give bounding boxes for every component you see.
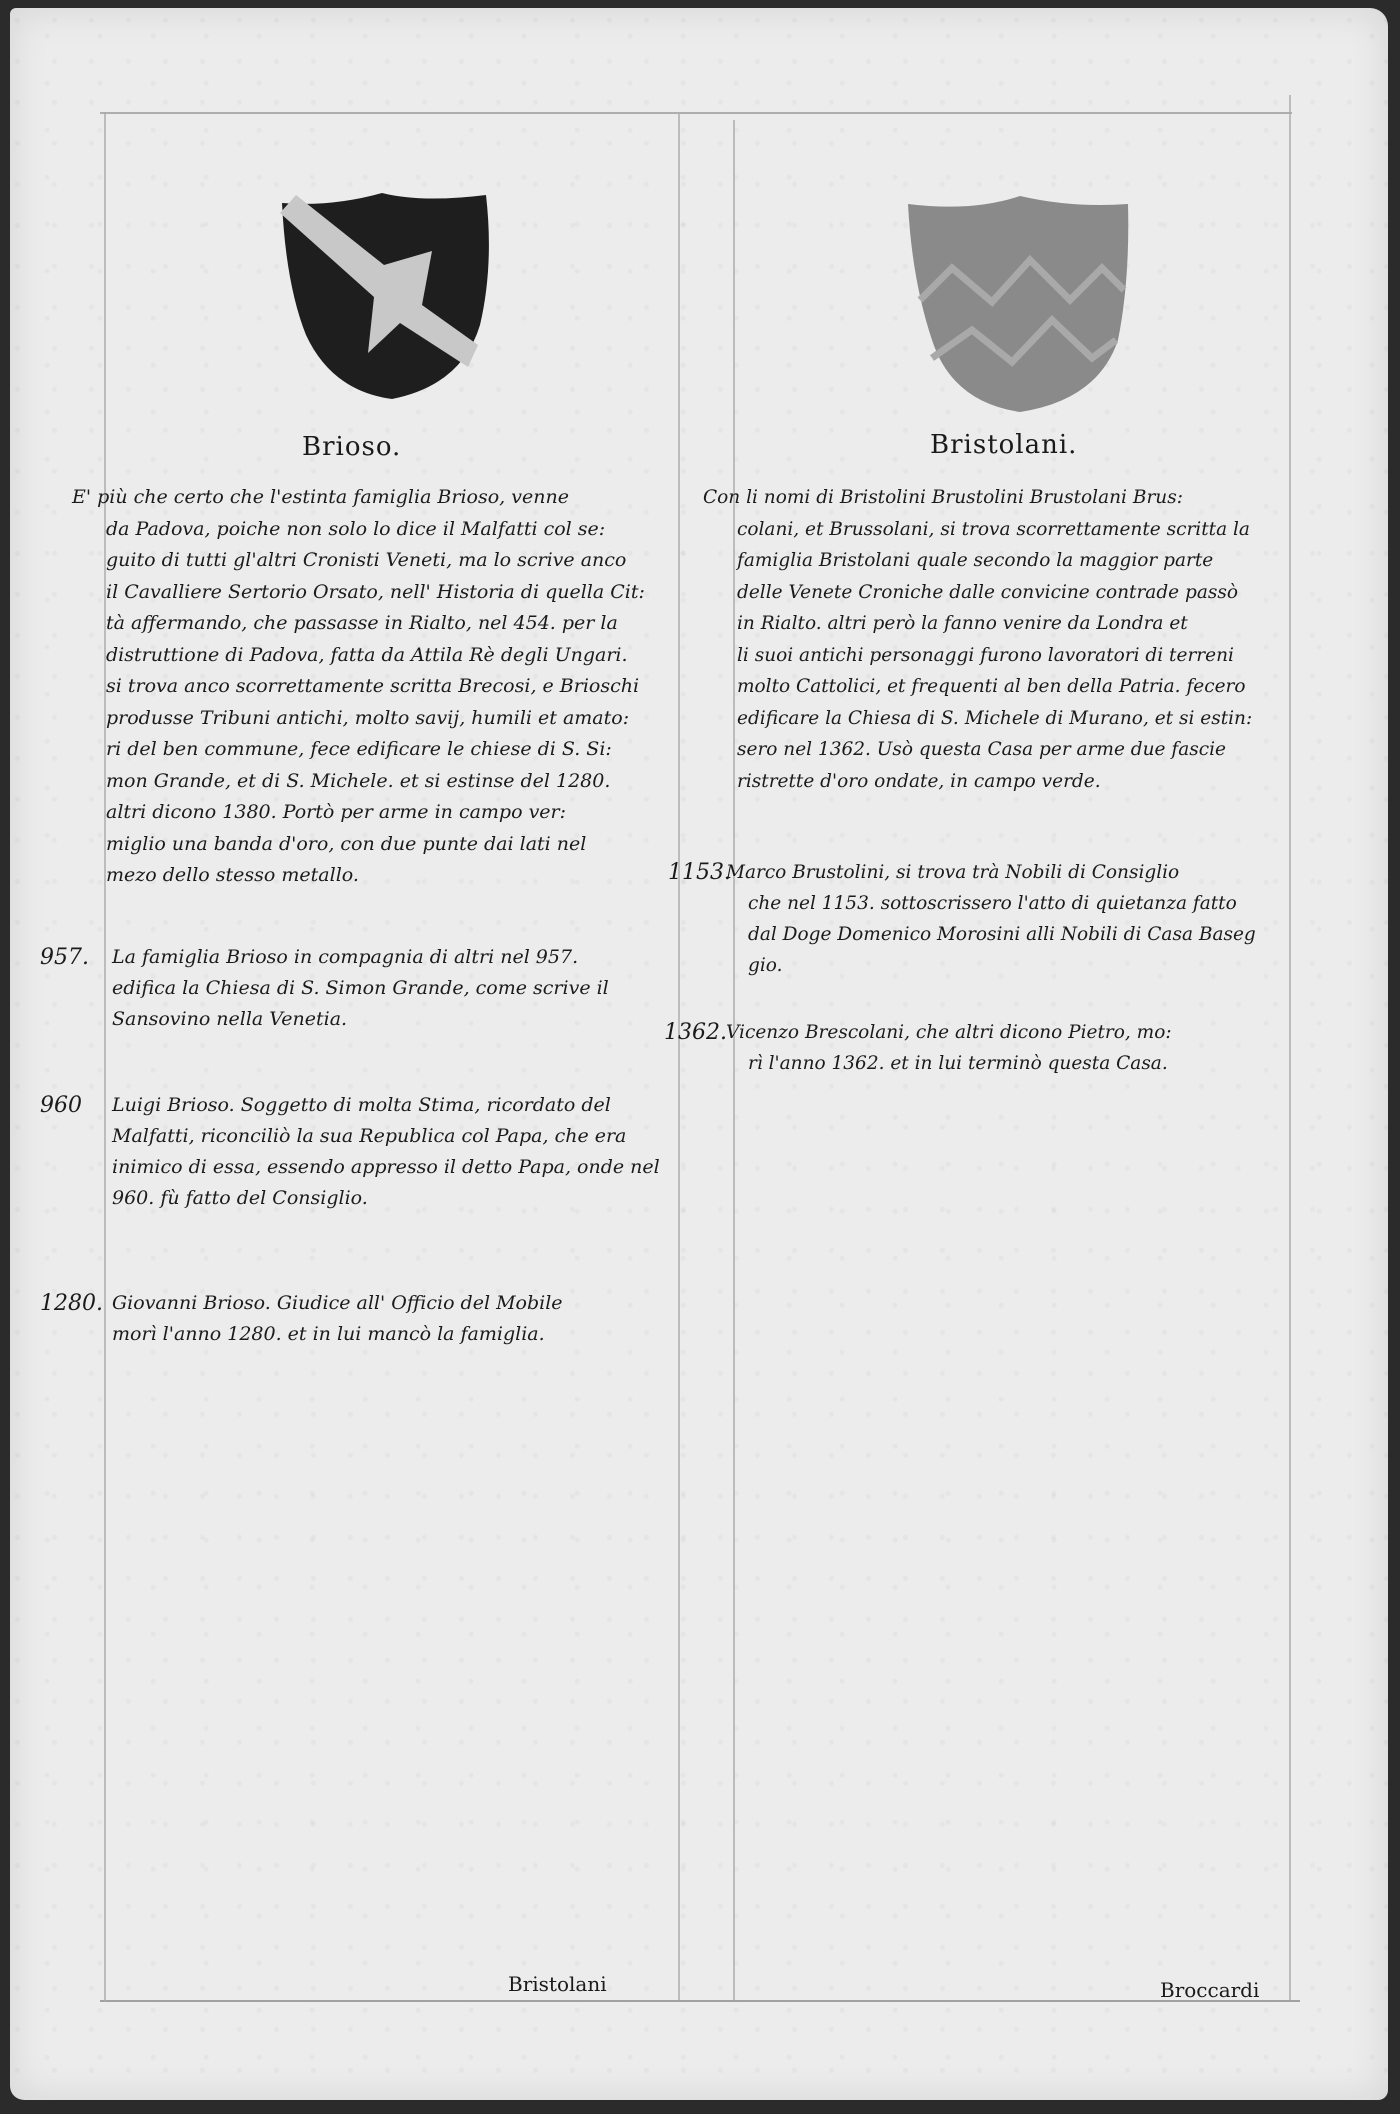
family-heading-brioso: Brioso. [302, 432, 401, 462]
entry-1362: 1362. Vicenzo Brescolani, che altri dico… [664, 1017, 1304, 1087]
bristolani-description: Con li nomi di Bristolini Brustolini Bru… [703, 482, 1252, 797]
entry-year: 1153. [668, 857, 731, 888]
entry-year: 1280. [40, 1288, 103, 1319]
entry-957: 957. La famiglia Brioso in compagnia di … [40, 942, 680, 1042]
entry-year: 960 [40, 1090, 82, 1121]
top-rule [100, 112, 1292, 114]
left-margin-rule [104, 112, 106, 2002]
shield-bend-sinister-icon [272, 185, 494, 405]
catchword-right: Broccardi [1160, 1978, 1259, 2002]
entry-year: 957. [40, 942, 89, 973]
entry-year: 1362. [664, 1017, 727, 1048]
entry-1153: 1153. Marco Brustolini, si trova trà Nob… [668, 857, 1308, 987]
brioso-description: E' più che certo che l'estinta famiglia … [72, 482, 645, 892]
entry-1280: 1280. Giovanni Brioso. Giudice all' Offi… [40, 1288, 680, 1358]
bottom-rule [100, 2000, 1300, 2002]
entry-960: 960 Luigi Brioso. Soggetto di molta Stim… [40, 1090, 680, 1220]
shield-wavy-fesses-icon [902, 190, 1132, 415]
family-heading-bristolani: Bristolani. [930, 430, 1077, 460]
catchword-left: Bristolani [508, 1972, 607, 1996]
